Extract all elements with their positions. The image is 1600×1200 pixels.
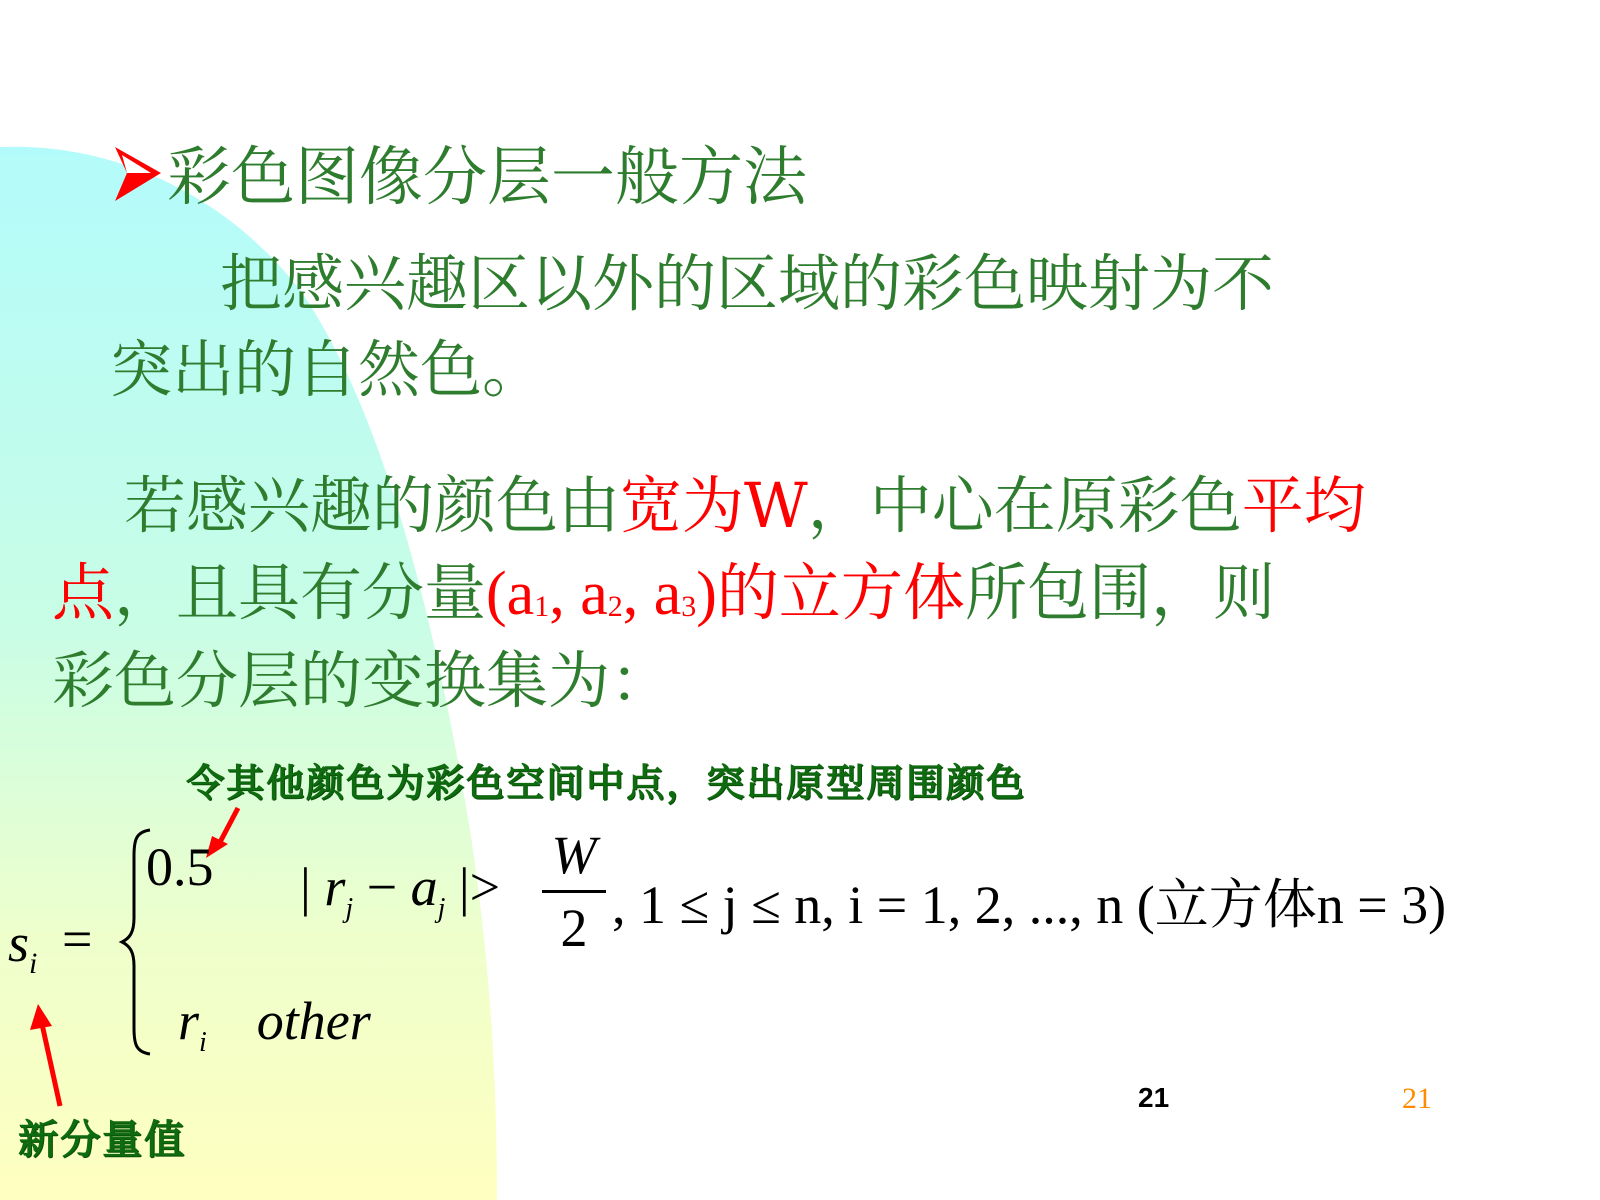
paragraph2-line1: 若感兴趣的颜色由宽为W，中心在原彩色平均 [124, 468, 1366, 544]
p2-components: (a1, a2, a3) [486, 560, 717, 628]
annotation-midpoint-note: 令其他颜色为彩色空间中点，突出原型周围颜色 [186, 752, 1026, 807]
p2-highlight-mean: 平均 [1242, 469, 1366, 542]
p2-highlight-point: 点 [52, 556, 114, 629]
paragraph1-line1: 把感兴趣区以外的区域的彩色映射为不 [220, 246, 1274, 322]
p2-text: 所包围，则 [965, 556, 1275, 629]
p2-highlight-width: 宽为W [620, 469, 808, 542]
arrowhead-bullet-icon [113, 145, 163, 205]
fraction-denominator: 2 [542, 899, 606, 957]
fraction-bar [542, 890, 606, 893]
p2-text: ，中心在原彩色 [808, 469, 1242, 542]
paragraph2-line2: 点，且具有分量(a1, a2, a3)的立方体所包围，则 [52, 555, 1275, 645]
page-number-bold: 21 [1138, 1082, 1169, 1114]
paragraph2-line3: 彩色分层的变换集为： [52, 643, 672, 719]
p2-highlight-cube: 的立方体 [717, 556, 965, 629]
formula-case2: riother [178, 990, 371, 1059]
page-number: 21 [1402, 1082, 1432, 1116]
fraction-numerator: W [542, 826, 606, 884]
annotation-new-component: 新分量值 [18, 1108, 186, 1165]
p2-text: ，且具有分量 [114, 556, 486, 629]
title-text: 彩色图像分层一般方法 [167, 141, 807, 215]
formula-index-conditions: , 1 ≤ j ≤ n, i = 1, 2, ..., n (立方体n = 3) [612, 862, 1446, 939]
paragraph1-line2: 突出的自然色。 [110, 332, 544, 408]
formula-case1-value: 0.5 [146, 836, 214, 898]
slide-title: 彩色图像分层一般方法 [113, 140, 807, 216]
p2-text: 若感兴趣的颜色由 [124, 469, 620, 542]
formula-fraction: W 2 [542, 826, 606, 957]
formula-case1-condition: | rj − aj |> [300, 856, 500, 925]
formula-equals: = [62, 908, 92, 970]
formula-lhs: si [8, 912, 37, 981]
